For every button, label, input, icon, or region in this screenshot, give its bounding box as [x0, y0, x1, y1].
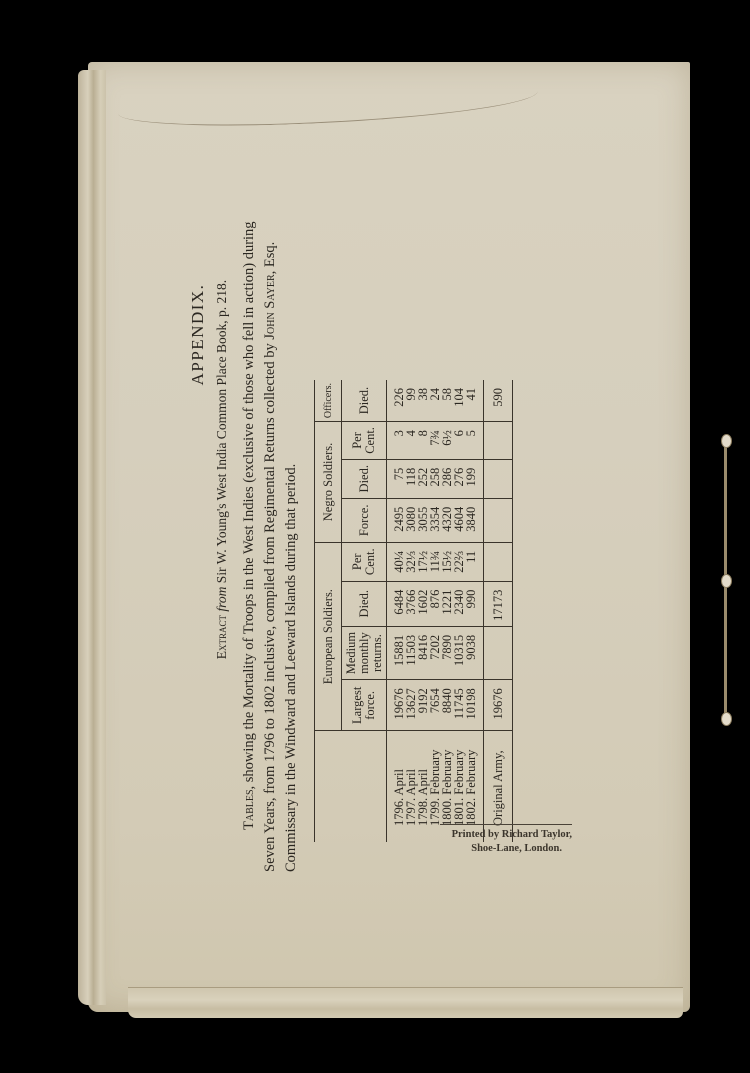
col-medium-monthly-returns: Medium monthly returns. — [342, 626, 387, 679]
appendix-heading: APPENDIX. — [188, 127, 208, 872]
col-negro-died: Died. — [342, 459, 387, 498]
table-row: 1796. April 19676 15881 6484 40¼ 2495 75… — [387, 380, 406, 842]
row-month: February — [464, 750, 478, 795]
imprint-line-2: Shoe-Lane, London. — [440, 842, 572, 856]
cell-ne-pct: 6 — [453, 422, 465, 460]
intro-lead: Tables, — [241, 786, 257, 830]
cell-eu-pct: 40¼ — [387, 542, 406, 581]
rotated-appendix-content: APPENDIX. Extract from Sir W. Young's We… — [188, 127, 588, 872]
cell-off-died: 41 — [465, 380, 484, 422]
intro-line-2-end: Esq. — [262, 242, 278, 267]
table-row: 1802. February 10198 9038 990 11 3840 19… — [465, 380, 484, 842]
intro-author: John Sayer, — [262, 271, 278, 340]
col-negro-force: Force. — [342, 498, 387, 542]
printer-imprint: Printed by Richard Taylor, Shoe-Lane, Lo… — [440, 824, 572, 856]
extract-from: from — [214, 587, 229, 612]
cell-eu-died: 6484 — [387, 581, 406, 626]
cell-ne-pct: 5 — [465, 422, 484, 460]
officers-header: Officers. — [315, 380, 342, 422]
intro-line-1: showing the Mortality of Troops in the W… — [241, 221, 257, 782]
col-negro-per-cent: Per Cent. — [342, 422, 387, 460]
cell-eu-died: 990 — [465, 581, 484, 626]
paper-tear — [117, 75, 538, 131]
intro-line-2: Seven Years, from 1796 to 1802 inclusive… — [262, 343, 278, 872]
imprint-line-1: Printed by Richard Taylor, — [440, 828, 572, 842]
stitch-knot-icon — [721, 434, 732, 448]
cell-ne-died: 199 — [465, 459, 484, 498]
cell-medium: 15881 — [387, 626, 406, 679]
col-european-per-cent: Per Cent. — [342, 542, 387, 581]
row-year: 1802. — [464, 798, 478, 826]
cell-ne-pct: 4 — [405, 422, 417, 460]
cell-largest: 10198 — [465, 680, 484, 731]
european-soldiers-header: European Soldiers. — [315, 542, 342, 730]
date-header — [315, 731, 387, 842]
cell-off-died: 104 — [453, 380, 465, 422]
total-eu-died: 17173 — [484, 581, 513, 626]
stitch-knot-icon — [721, 574, 732, 588]
total-largest: 19676 — [484, 680, 513, 731]
col-officers-died: Died. — [342, 380, 387, 422]
extract-line: Extract from Sir W. Young's West India C… — [214, 127, 230, 872]
cell-off-died: 24 — [429, 380, 441, 422]
extract-source: Sir W. Young's West India Common Place B… — [214, 280, 229, 583]
cell-force: 3840 — [465, 498, 484, 542]
total-row: Original Army, 19676 17173 590 — [484, 380, 513, 842]
cell-off-died: 38 — [417, 380, 429, 422]
extract-label: Extract — [214, 615, 229, 659]
cell-off-died: 99 — [405, 380, 417, 422]
stitch-knot-icon — [721, 712, 732, 726]
cell-largest: 19676 — [387, 680, 406, 731]
cell-medium: 9038 — [465, 626, 484, 679]
negro-soldiers-header: Negro Soldiers. — [315, 422, 342, 543]
cell-ne-pct: 3 — [387, 422, 406, 460]
cell-force: 2495 — [387, 498, 406, 542]
total-off-died: 590 — [484, 380, 513, 422]
cell-ne-died: 75 — [387, 459, 406, 498]
cell-off-died: 226 — [387, 380, 406, 422]
col-largest-force: Largest force. — [342, 680, 387, 731]
intro-line-3: Commissary in the Windward and Leeward I… — [283, 464, 299, 872]
mortality-table-wrap: European Soldiers. Negro Soldiers. Offic… — [314, 380, 513, 842]
cell-eu-pct: 11 — [465, 542, 484, 581]
cell-ne-pct: 6½ — [441, 422, 453, 460]
mortality-table: European Soldiers. Negro Soldiers. Offic… — [314, 380, 513, 842]
col-european-died: Died. — [342, 581, 387, 626]
intro-paragraph: Tables, showing the Mortality of Troops … — [239, 127, 302, 872]
